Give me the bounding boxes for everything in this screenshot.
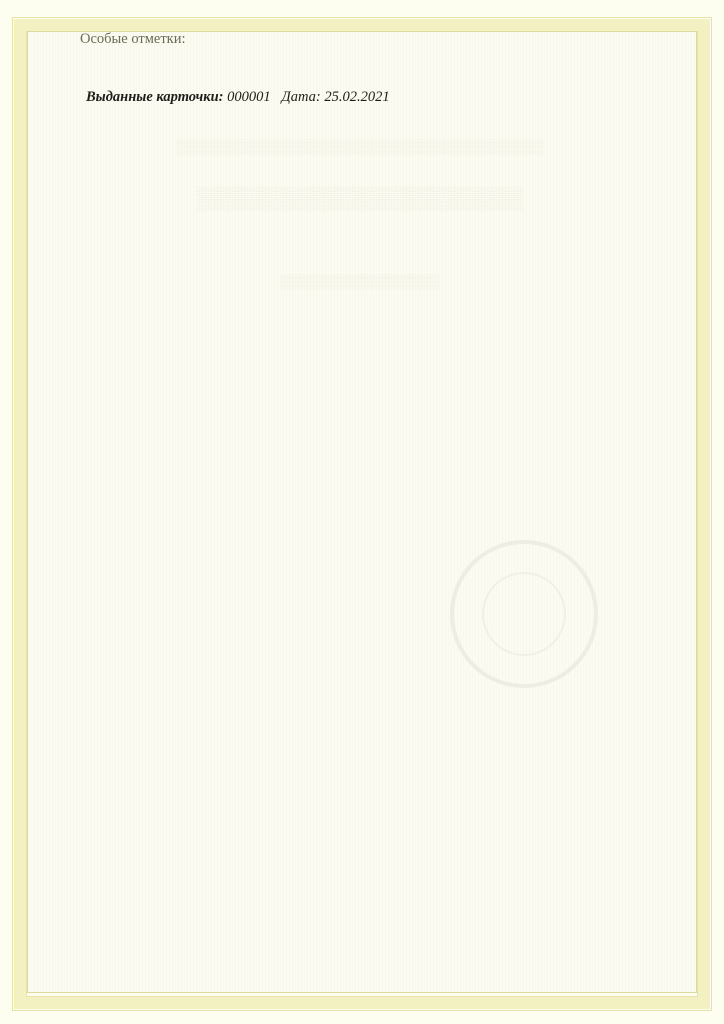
- date-label: Дата:: [282, 89, 321, 105]
- date-value: 25.02.2021: [324, 89, 389, 105]
- bleed-through-text: ▒▒▒▒▒▒▒▒▒▒▒▒▒▒▒▒▒▒▒▒▒▒▒▒▒▒▒▒▒▒▒▒▒▒▒▒▒: [60, 140, 660, 156]
- bleed-through-heading: ▒▒▒▒▒▒▒▒▒▒▒▒▒▒▒▒▒▒▒▒▒: [60, 185, 660, 211]
- faded-stamp: [450, 540, 598, 688]
- issued-cards-number: 000001: [227, 89, 271, 105]
- page-body: [27, 31, 697, 993]
- special-notes-label: Особые отметки:: [80, 31, 186, 48]
- issued-cards-line: Выданные карточки: 000001 Дата: 25.02.20…: [86, 89, 390, 106]
- issued-cards-label: Выданные карточки:: [86, 89, 224, 105]
- bleed-through-text: ▒▒▒▒▒▒▒▒▒▒▒▒▒▒▒▒: [60, 275, 660, 291]
